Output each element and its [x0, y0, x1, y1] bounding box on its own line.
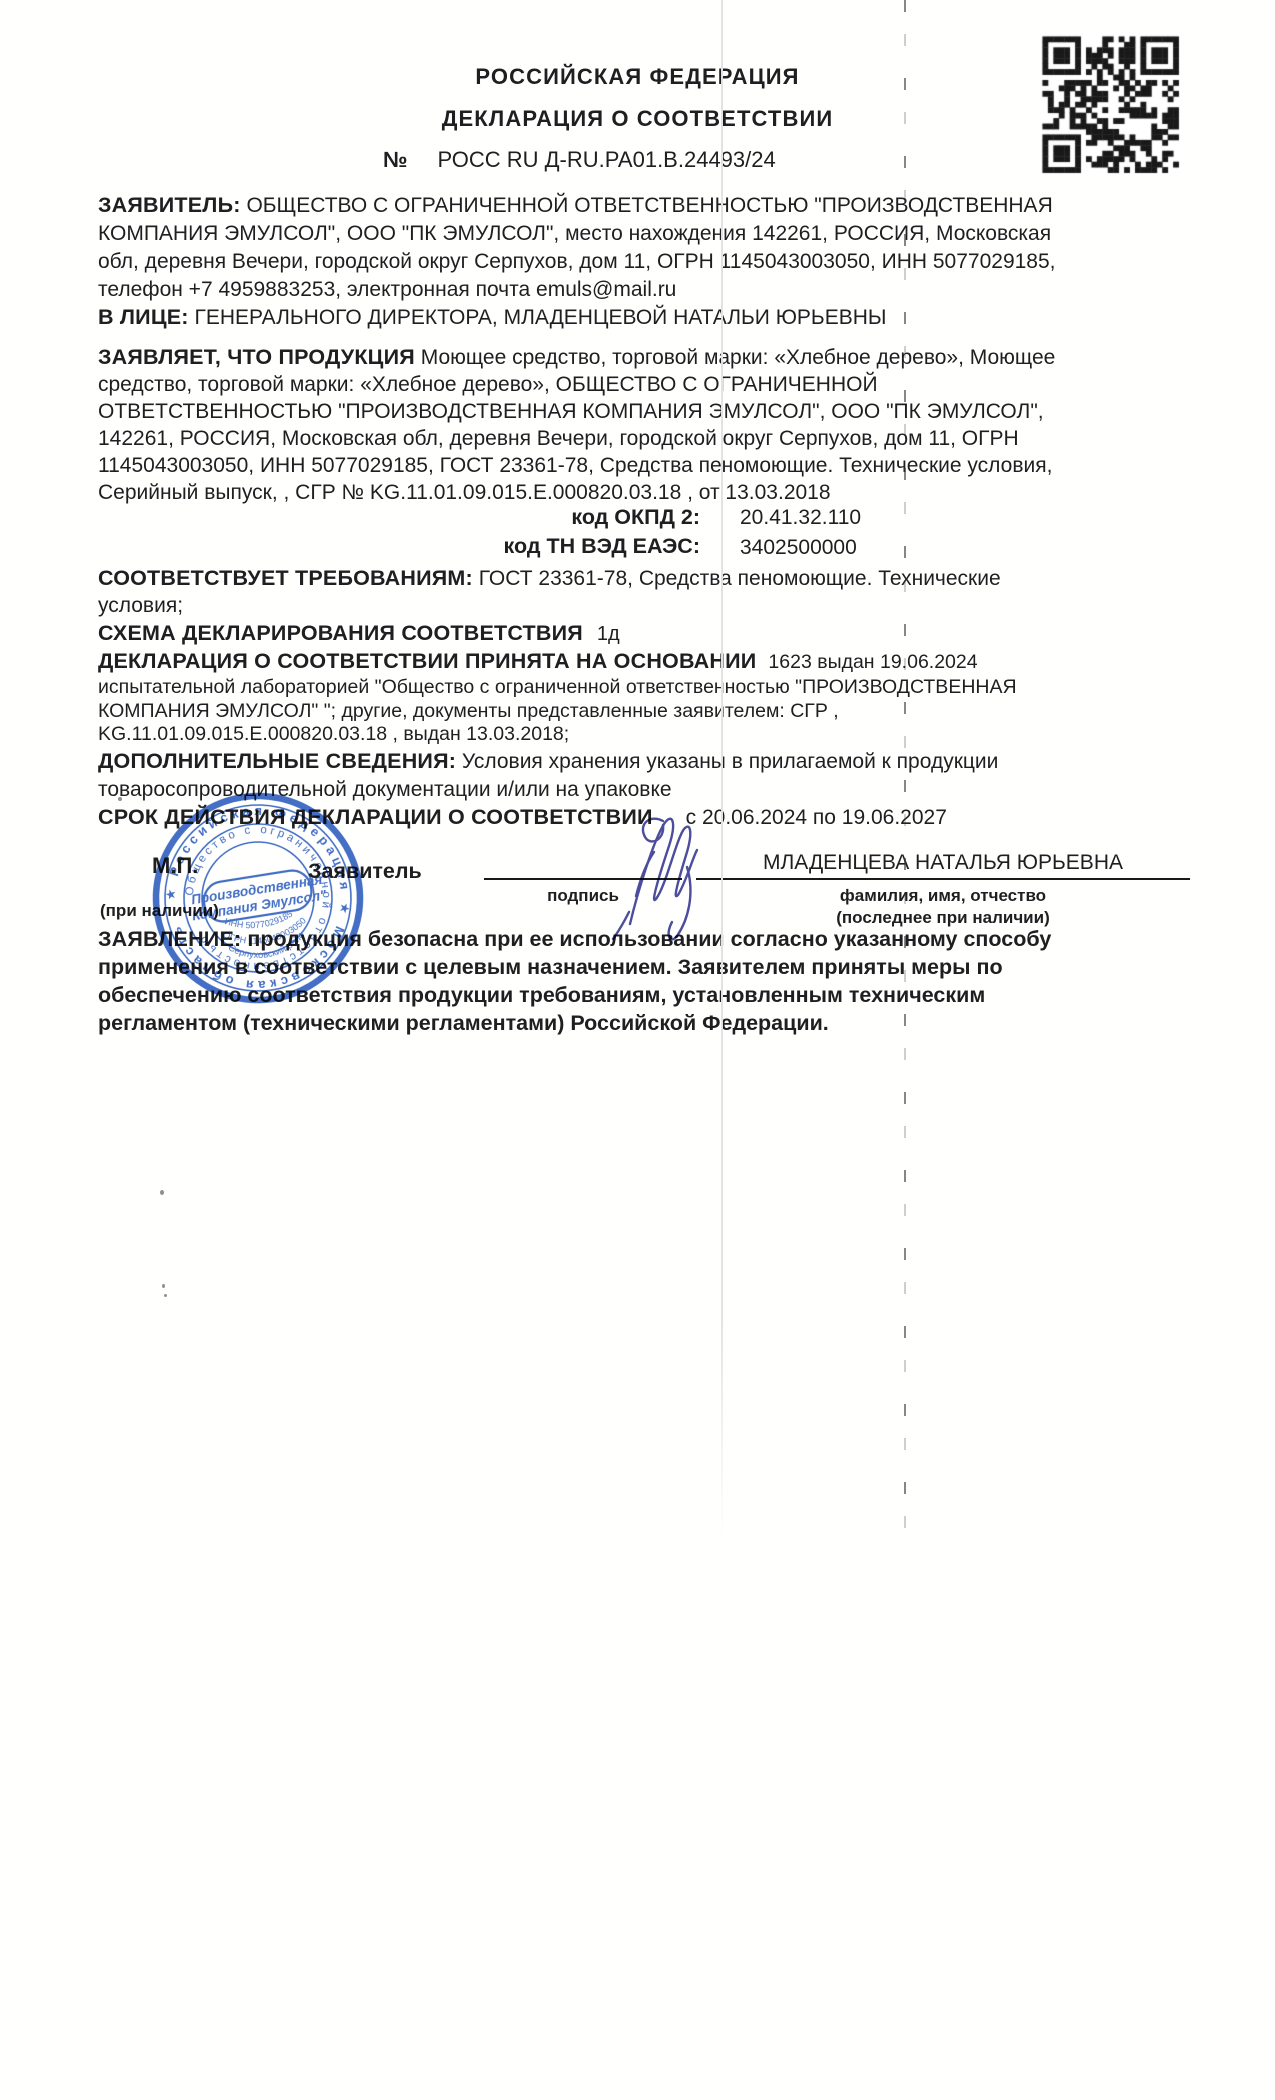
- product-declaration-label: ЗАЯВЛЯЕТ, ЧТО ПРОДУКЦИЯ: [98, 345, 415, 369]
- declaration-number: №РОСС RU Д-RU.РА01.В.24493/24: [383, 147, 776, 173]
- scheme-field: СХЕМА ДЕКЛАРИРОВАНИЯ СООТВЕТСТВИЯ1д: [98, 619, 1208, 648]
- applicant-label: ЗАЯВИТЕЛЬ:: [98, 193, 241, 217]
- okpd-code-label: код ОКПД 2:: [380, 505, 700, 530]
- scheme-label: СХЕМА ДЕКЛАРИРОВАНИЯ СООТВЕТСТВИЯ: [98, 621, 583, 645]
- scan-speck: [164, 1294, 167, 1297]
- in-person-label: В ЛИЦЕ:: [98, 305, 189, 329]
- in-person-text: ГЕНЕРАЛЬНОГО ДИРЕКТОРА, МЛАДЕНЦЕВОЙ НАТА…: [189, 306, 887, 329]
- product-declaration-field: ЗАЯВЛЯЕТ, ЧТО ПРОДУКЦИЯ Моющее средство,…: [98, 344, 1208, 506]
- scan-artifact-line: [721, 0, 723, 1540]
- basis-details: испытательной лабораторией "Общество с о…: [98, 676, 1208, 747]
- declaration-document-page: РОССИЙСКАЯ ФЕДЕРАЦИЯ ДЕКЛАРАЦИЯ О СООТВЕ…: [0, 0, 1275, 2100]
- in-person-field: В ЛИЦЕ: ГЕНЕРАЛЬНОГО ДИРЕКТОРА, МЛАДЕНЦЕ…: [98, 303, 1208, 332]
- basis-value: 1623 выдан 19.06.2024: [768, 651, 977, 673]
- basis-field: ДЕКЛАРАЦИЯ О СООТВЕТСТВИИ ПРИНЯТА НА ОСН…: [98, 647, 1208, 676]
- tnved-code-label: код ТН ВЭД ЕАЭС:: [380, 534, 700, 559]
- additional-info-label: ДОПОЛНИТЕЛЬНЫЕ СВЕДЕНИЯ:: [98, 749, 456, 773]
- scan-artifact-dashed-line: [904, 0, 906, 1530]
- handwritten-signature: [566, 812, 746, 952]
- complies-label: СООТВЕТСТВУЕТ ТРЕБОВАНИЯМ:: [98, 566, 473, 590]
- scan-speck: [162, 1284, 165, 1288]
- signatory-name: МЛАДЕНЦЕВА НАТАЛЬЯ ЮРЬЕВНА: [696, 851, 1190, 875]
- number-sign: №: [383, 147, 408, 172]
- applicant-field: ЗАЯВИТЕЛЬ: ОБЩЕСТВО С ОГРАНИЧЕННОЙ ОТВЕТ…: [98, 191, 1208, 304]
- okpd-code-value: 20.41.32.110: [740, 506, 861, 530]
- name-caption-1: фамилия, имя, отчество: [696, 886, 1190, 906]
- product-declaration-text: Моющее средство, торговой марки: «Хлебно…: [98, 346, 1055, 504]
- company-stamp: ★ Российская Федерация ★ Московская обла…: [134, 774, 381, 1021]
- scheme-value: 1д: [597, 623, 620, 645]
- basis-label: ДЕКЛАРАЦИЯ О СООТВЕТСТВИИ ПРИНЯТА НА ОСН…: [98, 649, 756, 673]
- tnved-code-value: 3402500000: [740, 536, 857, 560]
- applicant-text: ОБЩЕСТВО С ОГРАНИЧЕННОЙ ОТВЕТСТВЕННОСТЬЮ…: [98, 194, 1056, 301]
- complies-field: СООТВЕТСТВУЕТ ТРЕБОВАНИЯМ: ГОСТ 23361-78…: [98, 565, 1208, 619]
- scan-speck: [160, 1190, 164, 1195]
- number-value: РОСС RU Д-RU.РА01.В.24493/24: [438, 147, 776, 172]
- qr-code: [1037, 31, 1184, 178]
- name-line: [696, 878, 1190, 880]
